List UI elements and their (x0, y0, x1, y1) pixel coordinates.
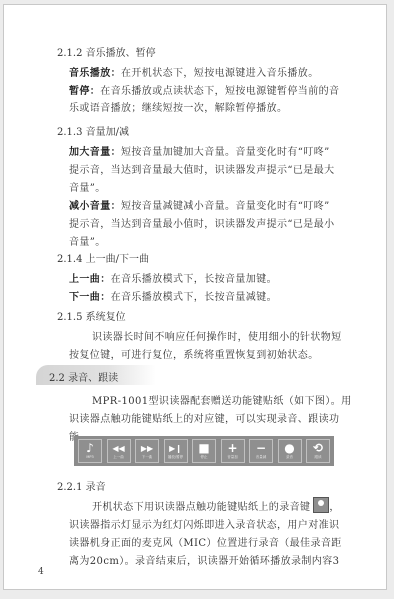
key-label: 播放/暂停 (168, 455, 183, 460)
paragraph-intro: MPR-1001型识读器配套赠送功能键贴纸（如下图）。用 (92, 392, 352, 407)
heading-2-1-5: 2.1.5 系统复位 (57, 308, 126, 323)
key-mp3: ♪MP3 (78, 439, 102, 463)
key-label: MP3 (86, 455, 93, 460)
play-pause-icon: ▶❙ (169, 442, 182, 455)
paragraph-volume-up-2: 提示音，当达到音量最大值时，识读器发声提示“已是最大 (69, 161, 335, 176)
heading-2-1-3: 2.1.3 音量加/减 (57, 123, 129, 138)
minus-icon: − (256, 442, 266, 455)
paragraph-music-play: 音乐播放：在开机状态下，短按电源键进入音乐播放。 (69, 64, 319, 79)
paragraph-next-track: 下一曲：在音乐播放模式下，长按音量减键。 (69, 288, 277, 303)
key-label: 音量减 (256, 455, 267, 460)
paragraph-volume-up-3: 音量”。 (69, 179, 106, 194)
function-key-sticker: ♪MP3 ◀◀上一曲 ▶▶下一曲 ▶❙播放/暂停 ■停止 +音量加 −音量减 ●… (74, 436, 334, 466)
key-volume-down: −音量减 (249, 439, 273, 463)
paragraph-volume-down: 减小音量：短按音量减键减小音量。音量变化时有“叮咚” (69, 197, 330, 212)
term-volume-up: 加大音量： (69, 147, 121, 158)
heading-2-2-1: 2.2.1 录音 (57, 478, 106, 493)
text: 在音乐播放模式下，长按音量减键。 (111, 292, 277, 303)
term-pause: 暂停： (69, 86, 100, 97)
key-label: 下一曲 (142, 455, 153, 460)
record-key-icon (313, 497, 329, 513)
term-next-track: 下一曲： (69, 292, 111, 303)
key-label: 跟读 (315, 455, 322, 460)
text: 在音乐播放或点读状态下，短按电源键暂停当前的音 (100, 86, 339, 97)
key-follow-read: ⟲跟读 (306, 439, 330, 463)
page-number: 4 (38, 567, 44, 577)
stop-icon: ■ (198, 442, 209, 455)
paragraph-record-2: 识读器指示灯显示为红灯闪烁即进入录音状态，用户对准识 (69, 516, 339, 531)
text: ， (329, 502, 339, 513)
plus-icon: + (227, 442, 237, 455)
key-label: 音量加 (227, 455, 238, 460)
paragraph-volume-down-3: 音量”。 (69, 233, 106, 248)
repeat-icon: ⟲ (313, 442, 323, 455)
paragraph-volume-down-2: 提示音，当达到音量最小值时，识读器发声提示“已是最小 (69, 215, 335, 230)
key-volume-up: +音量加 (221, 439, 245, 463)
section-banner-2-2: 2.2 录音、跟读 (36, 365, 156, 385)
text: 在开机状态下，短按电源键进入音乐播放。 (121, 68, 319, 79)
paragraph-record-3: 读器机身正面的麦克风（MIC）位置进行录音（最佳录音距 (69, 534, 342, 549)
term-music-play: 音乐播放： (69, 68, 121, 79)
paragraph-prev-track: 上一曲：在音乐播放模式下，长按音量加键。 (69, 270, 277, 285)
paragraph-volume-up: 加大音量：短按音量加键加大音量。音量变化时有“叮咚” (69, 143, 330, 158)
music-note-icon: ♪ (86, 442, 94, 455)
paragraph-record: 开机状态下用识读器点触功能键贴纸上的录音键， (92, 497, 340, 513)
text: 短按音量减键减小音量。音量变化时有“叮咚” (121, 201, 330, 212)
rewind-icon: ◀◀ (112, 442, 124, 455)
text: 在音乐播放模式下，长按音量加键。 (111, 274, 277, 285)
key-stop: ■停止 (192, 439, 216, 463)
paragraph-pause: 暂停：在音乐播放或点读状态下，短按电源键暂停当前的音 (69, 82, 339, 97)
key-label: 停止 (201, 455, 208, 460)
term-prev-track: 上一曲： (69, 274, 111, 285)
heading-2-1-2: 2.1.2 音乐播放、暂停 (57, 44, 156, 59)
paragraph-record-4: 离为20cm）。录音结束后，识读器开始循环播放录制内容3 (69, 552, 339, 567)
record-icon: ● (284, 442, 294, 455)
paragraph-intro-2: 识读器点触功能键贴纸上的对应键，可以实现录音、跟读功 (69, 410, 339, 425)
key-prev: ◀◀上一曲 (107, 439, 131, 463)
paragraph-pause-cont: 乐或语音播放；继续短按一次，解除暂停播放。 (69, 99, 287, 114)
paragraph-reset-2: 按复位键，可进行复位，系统将重置恢复到初始状态。 (69, 346, 319, 361)
paragraph-reset: 识读器长时间不响应任何操作时，使用细小的针状物短 (92, 328, 342, 343)
fast-forward-icon: ▶▶ (141, 442, 153, 455)
key-record: ●录音 (278, 439, 302, 463)
heading-2-1-4: 2.1.4 上一曲/下一曲 (57, 250, 149, 265)
key-label: 录音 (286, 455, 293, 460)
text: 开机状态下用识读器点触功能键贴纸上的录音键 (92, 502, 310, 513)
key-label: 上一曲 (113, 455, 124, 460)
term-volume-down: 减小音量： (69, 201, 121, 212)
key-play-pause: ▶❙播放/暂停 (164, 439, 188, 463)
heading-2-2: 2.2 录音、跟读 (49, 369, 118, 384)
key-next: ▶▶下一曲 (135, 439, 159, 463)
text: 短按音量加键加大音量。音量变化时有“叮咚” (121, 147, 330, 158)
